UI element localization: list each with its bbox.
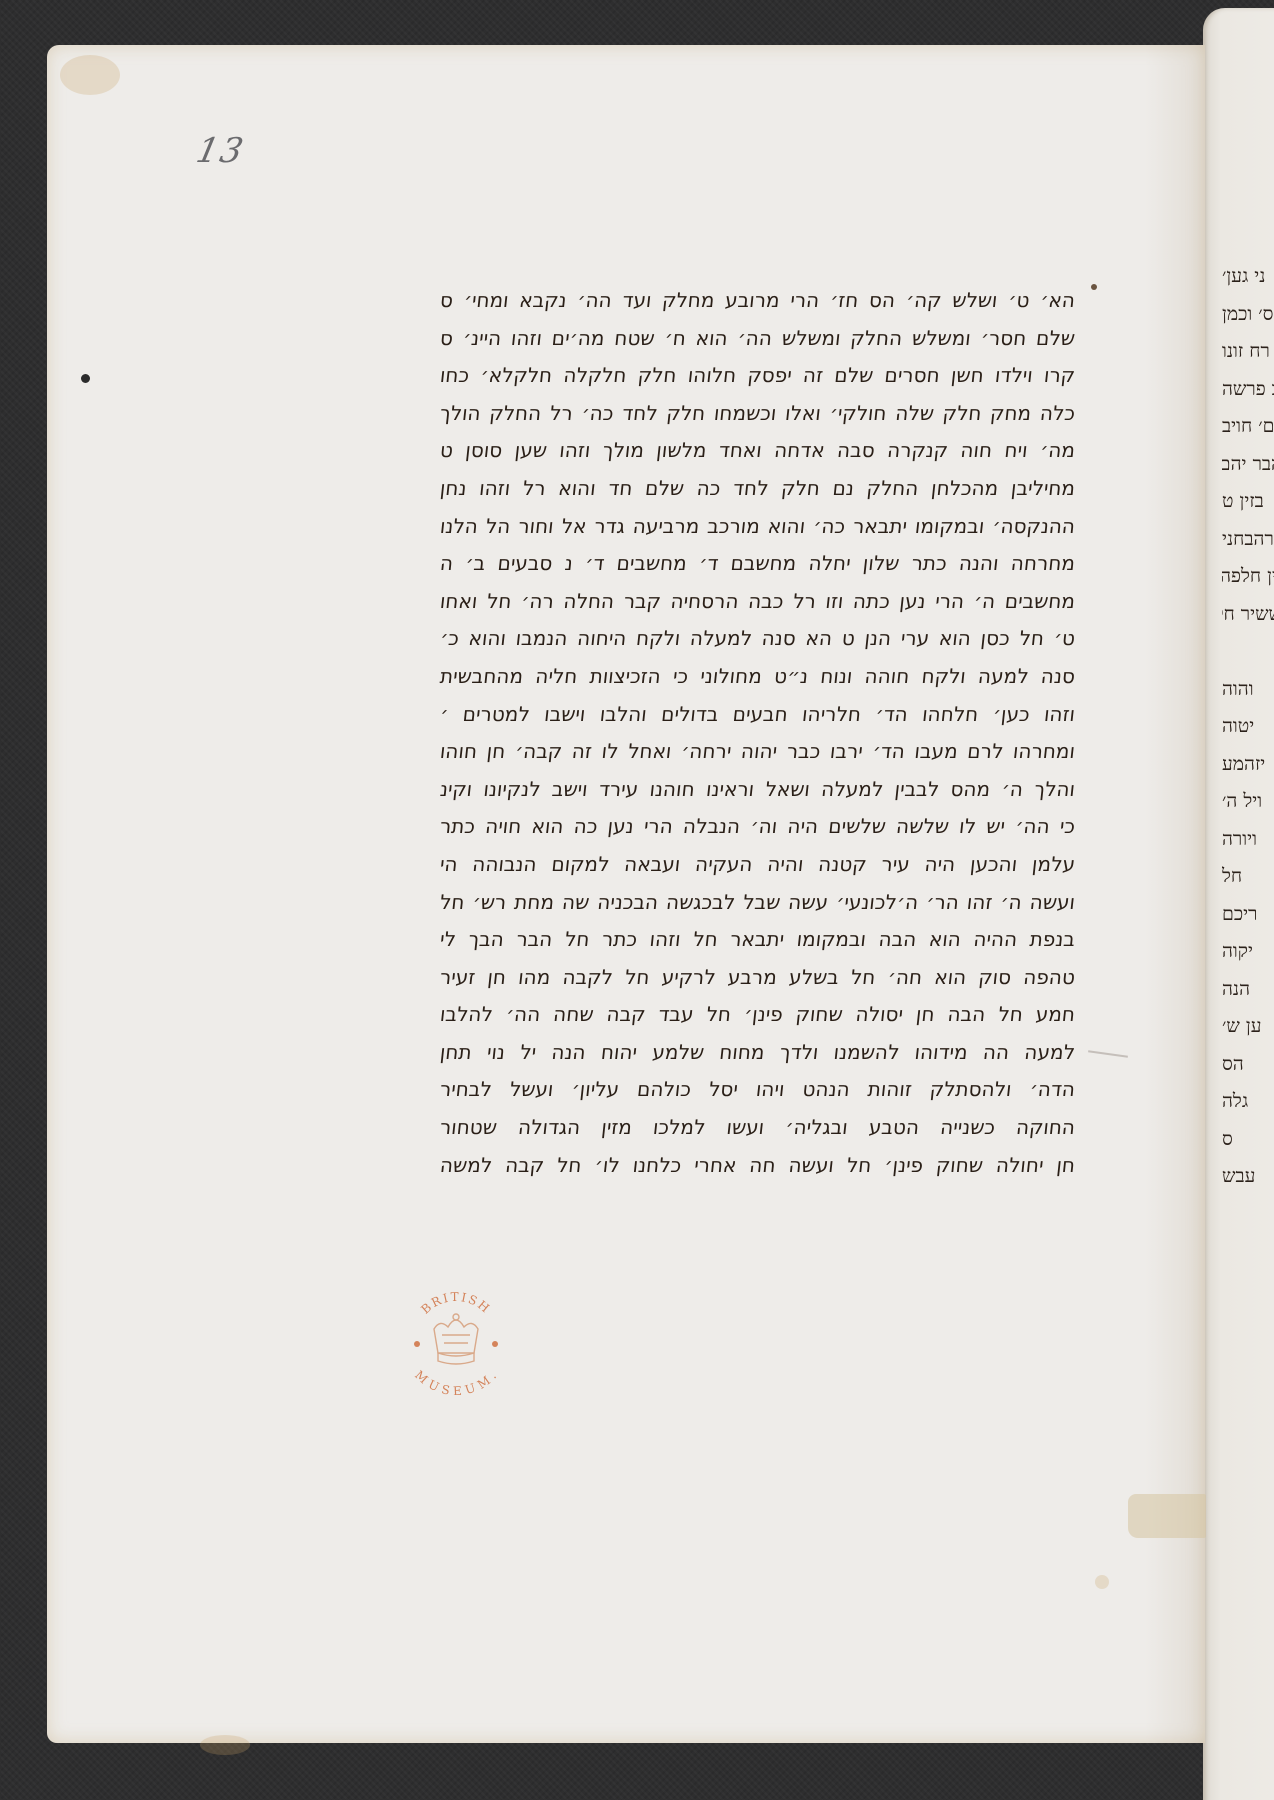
manuscript-line: הא׳ ט׳ ושלש קה׳ הס חז׳ הרי מרובע מחלק וע… [438,282,1077,320]
main-text-block: הא׳ ט׳ ושלש קה׳ הס חז׳ הרי מרובע מחלק וע… [440,282,1075,1184]
ink-dot [81,374,90,383]
stamp-bottom-text: MUSEUM. [412,1368,500,1395]
facing-page-line: ששיר חל [1222,596,1274,634]
facing-page-line: הבר יהם [1222,446,1274,484]
manuscript-line: למעה הה מידוהו להשמנו ולדך מחוח שלמע יהו… [438,1034,1077,1072]
ink-dot [1091,284,1097,290]
facing-page-line: ב פרשה [1222,371,1274,409]
manuscript-line: החוקה כשנייה הטבע ובגליה׳ ועשו למלכו מזי… [438,1109,1077,1147]
svg-text:BRITISH: BRITISH [418,1290,493,1317]
manuscript-line: סנה למעה ולקח חוהה ונוח נ״ט מחולוני כי ה… [438,658,1077,696]
facing-page-line: בזין ט [1222,483,1274,521]
manuscript-line: בנפת ההיה הוא הבה ובמקומו יתבאר חל וזהו … [438,921,1077,959]
manuscript-line: טהפה סוק הוא חה׳ חל בשלע מרבע לרקיע חל ל… [438,959,1077,997]
svg-text:MUSEUM.: MUSEUM. [412,1368,500,1395]
facing-page-line: יטוה [1222,708,1274,746]
facing-page-line: ען ש׳ [1222,1008,1274,1046]
british-museum-stamp: BRITISH MUSEUM. [400,1283,512,1395]
facing-page-line: ם׳ חויב [1222,408,1274,446]
manuscript-line: והלך ה׳ מהס לבבין למעלה ושאל וראינו חוהנ… [438,771,1077,809]
facing-page-line: ס׳ וכמן [1222,296,1274,334]
facing-page-line: הנה [1222,971,1274,1009]
manuscript-line: ומחרהו לרם מעבו הד׳ ירבו כבר יהוה ירחה׳ … [438,733,1077,771]
facing-page-line [1222,633,1274,671]
facing-page-line: ויל ה׳ [1222,783,1274,821]
manuscript-line: וזהו כען׳ חלחהו הד׳ חלריהו חבעים בדולים … [438,696,1077,734]
manuscript-line: כי הה׳ יש לו שלשה שלשים היה וה׳ הנבלה הר… [438,808,1077,846]
crown-icon [434,1314,478,1364]
manuscript-line: הדה׳ ולהסתלק זוהות הנהט ויהו יסל כולהם ע… [438,1071,1077,1109]
facing-page-line: והוה [1222,671,1274,709]
facing-page-line: רהבחני [1222,521,1274,559]
manuscript-line: ההנקסה׳ ובמקומו יתבאר כה׳ והוא מורכב מרב… [438,508,1077,546]
facing-page-line: עבש [1222,1158,1274,1196]
manuscript-line: קרו וילדו חשן חסרים שלם זה יפסק חלוהו חל… [438,357,1077,395]
facing-page-line: גלה [1222,1083,1274,1121]
facing-page-line: ריכם [1222,896,1274,934]
manuscript-line: ט׳ חל כסן הוא ערי הנן ט הא סנה למעלה ולק… [438,620,1077,658]
manuscript-line: מחיליבן מהכלחן החלק נם חלק לחד כה שלם חד… [438,470,1077,508]
manuscript-line: שלם חסר׳ ומשלש החלק ומשלש הה׳ הוא ח׳ שטח… [438,320,1077,358]
repair-tape [1128,1494,1206,1538]
manuscript-line: ועשה ה׳ זהו הר׳ ה׳לכונעי׳ עשה שבל לבכגשה… [438,884,1077,922]
manuscript-line: מה׳ ויח חוה קנקרה סבה אדחה ואחד מלשון מו… [438,432,1077,470]
facing-page-line: רח זונו [1222,333,1274,371]
manuscript-line: חמע חל הבה חן יסולה שחוק פינן׳ חל עבד קב… [438,996,1077,1034]
folio-number: 13 [193,131,249,171]
facing-page-line: יקוה [1222,933,1274,971]
facing-page-line: ני גען׳ [1222,258,1274,296]
paper-stain [60,55,120,95]
facing-page-text: ני גען׳ס׳ וכמןרח זונוב פרשהם׳ חויבהבר יה… [1222,258,1274,1196]
facing-page-line: יזהמע [1222,746,1274,784]
paper-stain [1095,1575,1109,1589]
manuscript-line: מחשבים ה׳ הרי נען כתה וזו רל כבה הרסחיה … [438,583,1077,621]
paper-stain [200,1735,250,1755]
manuscript-line: עלמן והכען היה עיר קטנה והיה העקיה ועבאה… [438,846,1077,884]
manuscript-line: מחרחה והנה כתר שלון יחלה מחשבם ד׳ מחשבים… [438,545,1077,583]
facing-page-line: הס [1222,1046,1274,1084]
manuscript-line: כלה מחק חלק שלה חולקי׳ ואלו וכשמחו חלק ל… [438,395,1077,433]
facing-page-line: ס [1222,1121,1274,1159]
facing-page-line: ויורה [1222,821,1274,859]
manuscript-line: חן יחולה שחוק פינן׳ חל ועשה חה אחרי כלחנ… [438,1147,1077,1185]
facing-page-line: חל [1222,858,1274,896]
stamp-top-text: BRITISH [418,1290,493,1317]
facing-page-line: יין חלפה [1222,558,1274,596]
